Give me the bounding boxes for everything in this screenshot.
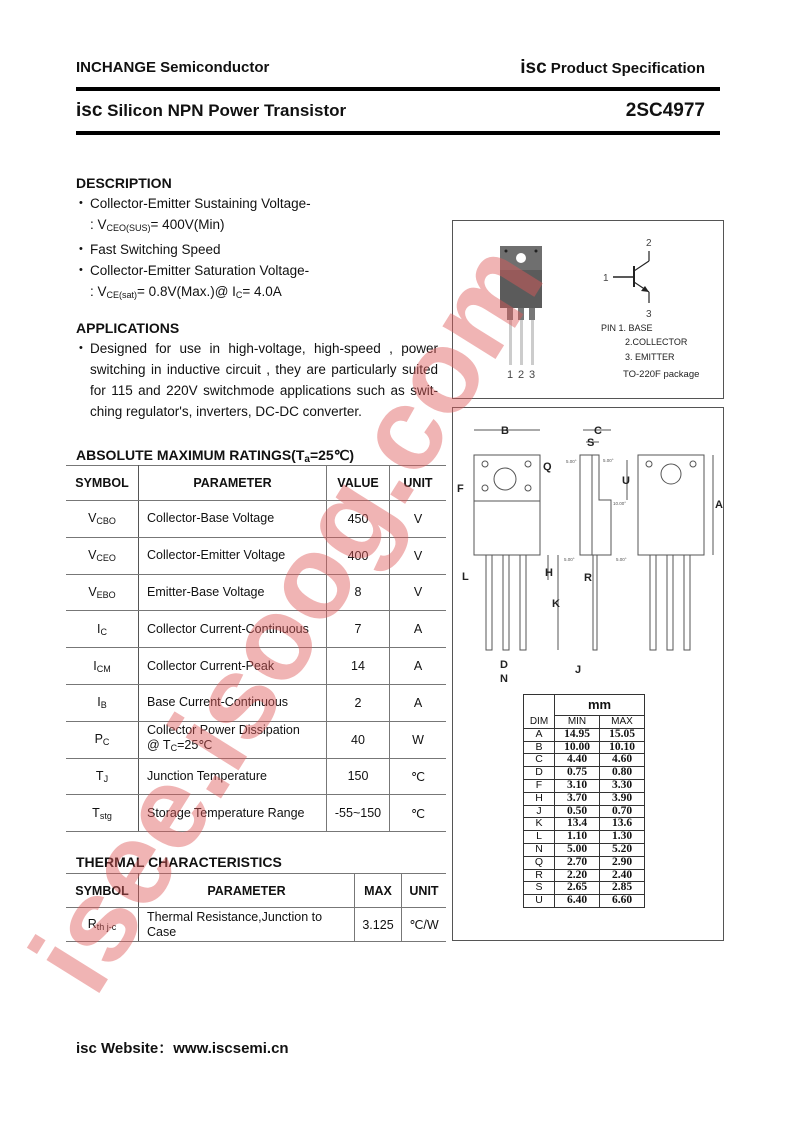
dim-max: 13.6 bbox=[600, 818, 645, 831]
dim-max: 3.90 bbox=[600, 792, 645, 805]
svg-text:R: R bbox=[584, 572, 592, 584]
dim-letter: R bbox=[524, 869, 555, 882]
dim-max: 5.20 bbox=[600, 843, 645, 856]
svg-text:L: L bbox=[462, 571, 469, 583]
dim-row: U6.406.60 bbox=[524, 895, 645, 908]
parameter-cell: Collector Current-Continuous bbox=[139, 611, 327, 648]
col-max: MAX bbox=[355, 874, 402, 908]
dim-row: Q2.702.90 bbox=[524, 856, 645, 869]
transistor-photo-and-symbol: 1 2 3 1 2 3 PIN 1. BASE 2.COLLECTOR 3. E… bbox=[453, 221, 723, 398]
dim-unit-row: mm bbox=[524, 695, 645, 716]
max-cell: 3.125 bbox=[355, 908, 402, 942]
applications-heading: APPLICATIONS bbox=[76, 320, 438, 336]
col-dim: DIM bbox=[524, 716, 555, 729]
dim-letter: U bbox=[524, 895, 555, 908]
symbol-cell: ICM bbox=[66, 648, 139, 685]
dim-letter: N bbox=[524, 843, 555, 856]
header-divider bbox=[76, 87, 720, 91]
footer-website: isc Website：www.iscsemi.cn bbox=[76, 1037, 289, 1058]
dim-row: J0.500.70 bbox=[524, 805, 645, 818]
spec-label-text: Product Specification bbox=[547, 60, 705, 77]
applications-section: APPLICATIONS Designed for use in high-vo… bbox=[76, 320, 438, 422]
svg-text:5.00°: 5.00° bbox=[616, 557, 627, 562]
value-cell: 8 bbox=[327, 574, 390, 611]
parameter-cell: Collector Power Dissipation@ TC=25℃ bbox=[139, 721, 327, 758]
unit-cell: V bbox=[390, 574, 447, 611]
dim-letter: J bbox=[524, 805, 555, 818]
col-min: MIN bbox=[555, 716, 600, 729]
svg-text:TO-220F package: TO-220F package bbox=[623, 369, 699, 380]
dim-row: B10.0010.10 bbox=[524, 741, 645, 754]
dim-min: 6.40 bbox=[555, 895, 600, 908]
parameter-cell: Collector Current-Peak bbox=[139, 648, 327, 685]
absolute-max-table: SYMBOL PARAMETER VALUE UNIT VCBOCollecto… bbox=[66, 465, 446, 832]
table-row: PCCollector Power Dissipation@ TC=25℃40W bbox=[66, 721, 446, 758]
unit-cell: A bbox=[390, 648, 447, 685]
package-body bbox=[500, 270, 542, 308]
svg-text:PIN 1. BASE: PIN 1. BASE bbox=[601, 323, 653, 333]
symbol-cell: IC bbox=[66, 611, 139, 648]
dim-letter: D bbox=[524, 767, 555, 780]
symbol-cell: VCEO bbox=[66, 537, 139, 574]
value-cell: 2 bbox=[327, 684, 390, 721]
dim-row: S2.652.85 bbox=[524, 882, 645, 895]
svg-text:Q: Q bbox=[543, 461, 552, 473]
dim-row: A14.9515.05 bbox=[524, 728, 645, 741]
parameter-cell: Storage Temperature Range bbox=[139, 795, 327, 832]
col-parameter: PARAMETER bbox=[139, 466, 327, 501]
dim-min: 2.65 bbox=[555, 882, 600, 895]
table-row: TstgStorage Temperature Range-55~150℃ bbox=[66, 795, 446, 832]
dim-max: 2.85 bbox=[600, 882, 645, 895]
symbol-cell: VCBO bbox=[66, 501, 139, 538]
table-row: VCBOCollector-Base Voltage450V bbox=[66, 501, 446, 538]
dim-max: 2.90 bbox=[600, 856, 645, 869]
dim-max: 3.30 bbox=[600, 779, 645, 792]
dim-row: D0.750.80 bbox=[524, 767, 645, 780]
dim-letter: A bbox=[524, 728, 555, 741]
document-title: isc Silicon NPN Power Transistor bbox=[76, 100, 346, 122]
thermal-table: SYMBOL PARAMETER MAX UNIT Rth j-cThermal… bbox=[66, 873, 446, 942]
parameter-cell: Collector-Base Voltage bbox=[139, 501, 327, 538]
value-cell: -55~150 bbox=[327, 795, 390, 832]
symbol-cell: Rth j-c bbox=[66, 908, 139, 942]
svg-text:J: J bbox=[575, 664, 581, 676]
title-text: Silicon NPN Power Transistor bbox=[102, 101, 346, 120]
value-cell: 150 bbox=[327, 758, 390, 795]
website-url[interactable]: www.iscsemi.cn bbox=[173, 1040, 288, 1057]
dim-max: 1.30 bbox=[600, 831, 645, 844]
col-unit: UNIT bbox=[390, 466, 447, 501]
parameter-cell: Thermal Resistance,Junction to Case bbox=[139, 908, 355, 942]
outline-drawing: B A C D F H J K L N Q R S U 5.00° 5.00° … bbox=[453, 408, 723, 698]
dim-letter: H bbox=[524, 792, 555, 805]
dim-min: 4.40 bbox=[555, 754, 600, 767]
svg-text:5.00°: 5.00° bbox=[603, 458, 614, 463]
symbol-cell: VEBO bbox=[66, 574, 139, 611]
svg-text:2: 2 bbox=[518, 369, 524, 381]
svg-text:2.COLLECTOR: 2.COLLECTOR bbox=[625, 337, 688, 347]
table-row: ICCollector Current-Continuous7A bbox=[66, 611, 446, 648]
applications-text: Designed for use in high-voltage, high-s… bbox=[76, 338, 438, 422]
table-row: IBBase Current-Continuous2A bbox=[66, 684, 446, 721]
absolute-max-heading: ABSOLUTE MAXIMUM RATINGS(Ta=25℃) bbox=[76, 447, 354, 465]
svg-text:K: K bbox=[552, 598, 560, 610]
description-heading: DESCRIPTION bbox=[76, 175, 436, 191]
table-row: VCEOCollector-Emitter Voltage400V bbox=[66, 537, 446, 574]
dim-min: 3.70 bbox=[555, 792, 600, 805]
value-cell: 40 bbox=[327, 721, 390, 758]
dim-min: 0.75 bbox=[555, 767, 600, 780]
svg-text:10.00°: 10.00° bbox=[613, 501, 626, 506]
dim-row: F3.103.30 bbox=[524, 779, 645, 792]
product-spec-label: isc Product Specification bbox=[520, 57, 705, 79]
title-divider bbox=[76, 131, 720, 135]
dim-letter: F bbox=[524, 779, 555, 792]
table-header-row: SYMBOL PARAMETER VALUE UNIT bbox=[66, 466, 446, 501]
dim-max: 6.60 bbox=[600, 895, 645, 908]
parameter-cell: Emitter-Base Voltage bbox=[139, 574, 327, 611]
table-row: Rth j-cThermal Resistance,Junction to Ca… bbox=[66, 908, 446, 942]
description-item: Fast Switching Speed bbox=[76, 239, 436, 260]
dim-max: 10.10 bbox=[600, 741, 645, 754]
value-cell: 7 bbox=[327, 611, 390, 648]
symbol-cell: PC bbox=[66, 721, 139, 758]
symbol-cell: Tstg bbox=[66, 795, 139, 832]
dim-max: 15.05 bbox=[600, 728, 645, 741]
dim-min: 10.00 bbox=[555, 741, 600, 754]
col-parameter: PARAMETER bbox=[139, 874, 355, 908]
svg-text:2: 2 bbox=[646, 238, 652, 249]
dim-row: L1.101.30 bbox=[524, 831, 645, 844]
unit-cell: V bbox=[390, 501, 447, 538]
dim-row: K13.413.6 bbox=[524, 818, 645, 831]
unit-cell: W bbox=[390, 721, 447, 758]
isc-logo-text: isc bbox=[520, 57, 546, 78]
svg-text:3: 3 bbox=[529, 369, 535, 381]
dim-row: R2.202.40 bbox=[524, 869, 645, 882]
col-value: VALUE bbox=[327, 466, 390, 501]
dim-letter: S bbox=[524, 882, 555, 895]
col-max: MAX bbox=[600, 716, 645, 729]
parameter-cell: Base Current-Continuous bbox=[139, 684, 327, 721]
dim-max: 0.80 bbox=[600, 767, 645, 780]
unit-cell: A bbox=[390, 684, 447, 721]
description-item: : VCEO(SUS)= 400V(Min) bbox=[76, 214, 436, 239]
table-header-row: SYMBOL PARAMETER MAX UNIT bbox=[66, 874, 446, 908]
dim-max: 2.40 bbox=[600, 869, 645, 882]
company-name: INCHANGE Semiconductor bbox=[76, 59, 269, 76]
svg-text:H: H bbox=[545, 567, 553, 579]
description-item: Collector-Emitter Saturation Voltage- bbox=[76, 260, 436, 281]
svg-text:5.00°: 5.00° bbox=[566, 459, 577, 464]
description-item: Collector-Emitter Sustaining Voltage- bbox=[76, 193, 436, 214]
svg-text:1: 1 bbox=[603, 273, 609, 284]
dim-max: 0.70 bbox=[600, 805, 645, 818]
parameter-cell: Junction Temperature bbox=[139, 758, 327, 795]
dim-min: 2.20 bbox=[555, 869, 600, 882]
svg-text:U: U bbox=[622, 475, 630, 487]
svg-text:S: S bbox=[587, 437, 594, 449]
col-unit: UNIT bbox=[402, 874, 447, 908]
dim-unit: mm bbox=[555, 695, 645, 716]
dim-min: 1.10 bbox=[555, 831, 600, 844]
website-label: isc Website： bbox=[76, 1040, 173, 1057]
unit-cell: ℃/W bbox=[402, 908, 447, 942]
svg-text:B: B bbox=[501, 425, 509, 437]
svg-text:1: 1 bbox=[507, 369, 513, 381]
thermal-heading: THERMAL CHARACTERISTICS bbox=[76, 854, 282, 870]
svg-text:C: C bbox=[594, 425, 602, 437]
dimensions-table: mm DIM MIN MAX A14.9515.05B10.0010.10C4.… bbox=[523, 694, 645, 908]
table-row: TJJunction Temperature150℃ bbox=[66, 758, 446, 795]
dim-max: 4.60 bbox=[600, 754, 645, 767]
col-symbol: SYMBOL bbox=[66, 874, 139, 908]
svg-text:3: 3 bbox=[646, 309, 652, 320]
package-photo-panel: 1 2 3 1 2 3 PIN 1. BASE 2.COLLECTOR 3. E… bbox=[452, 220, 724, 399]
dim-row: N5.005.20 bbox=[524, 843, 645, 856]
svg-text:F: F bbox=[457, 483, 464, 495]
isc-logo-text: isc bbox=[76, 100, 102, 121]
dim-min: 3.10 bbox=[555, 779, 600, 792]
dim-letter: C bbox=[524, 754, 555, 767]
table-row: ICMCollector Current-Peak14A bbox=[66, 648, 446, 685]
value-cell: 14 bbox=[327, 648, 390, 685]
part-number: 2SC4977 bbox=[626, 100, 705, 122]
dim-min: 14.95 bbox=[555, 728, 600, 741]
table-row: VEBOEmitter-Base Voltage8V bbox=[66, 574, 446, 611]
svg-text:3. EMITTER: 3. EMITTER bbox=[625, 352, 675, 362]
svg-text:N: N bbox=[500, 673, 508, 685]
value-cell: 450 bbox=[327, 501, 390, 538]
unit-cell: A bbox=[390, 611, 447, 648]
dim-letter: L bbox=[524, 831, 555, 844]
description-section: DESCRIPTION Collector-Emitter Sustaining… bbox=[76, 175, 436, 306]
unit-cell: ℃ bbox=[390, 758, 447, 795]
parameter-cell: Collector-Emitter Voltage bbox=[139, 537, 327, 574]
description-item: : VCE(sat)= 0.8V(Max.)@ IC= 4.0A bbox=[76, 281, 436, 306]
dim-min: 13.4 bbox=[555, 818, 600, 831]
dim-min: 5.00 bbox=[555, 843, 600, 856]
dim-letter: Q bbox=[524, 856, 555, 869]
dim-letter: B bbox=[524, 741, 555, 754]
dim-letter: K bbox=[524, 818, 555, 831]
svg-text:D: D bbox=[500, 659, 508, 671]
symbol-cell: TJ bbox=[66, 758, 139, 795]
svg-text:5.00°: 5.00° bbox=[564, 557, 575, 562]
dim-min: 0.50 bbox=[555, 805, 600, 818]
dim-row: H3.703.90 bbox=[524, 792, 645, 805]
dim-row: C4.404.60 bbox=[524, 754, 645, 767]
unit-cell: ℃ bbox=[390, 795, 447, 832]
dim-header-row: DIM MIN MAX bbox=[524, 716, 645, 729]
col-symbol: SYMBOL bbox=[66, 466, 139, 501]
value-cell: 400 bbox=[327, 537, 390, 574]
dim-min: 2.70 bbox=[555, 856, 600, 869]
svg-text:A: A bbox=[715, 499, 723, 511]
unit-cell: V bbox=[390, 537, 447, 574]
symbol-cell: IB bbox=[66, 684, 139, 721]
